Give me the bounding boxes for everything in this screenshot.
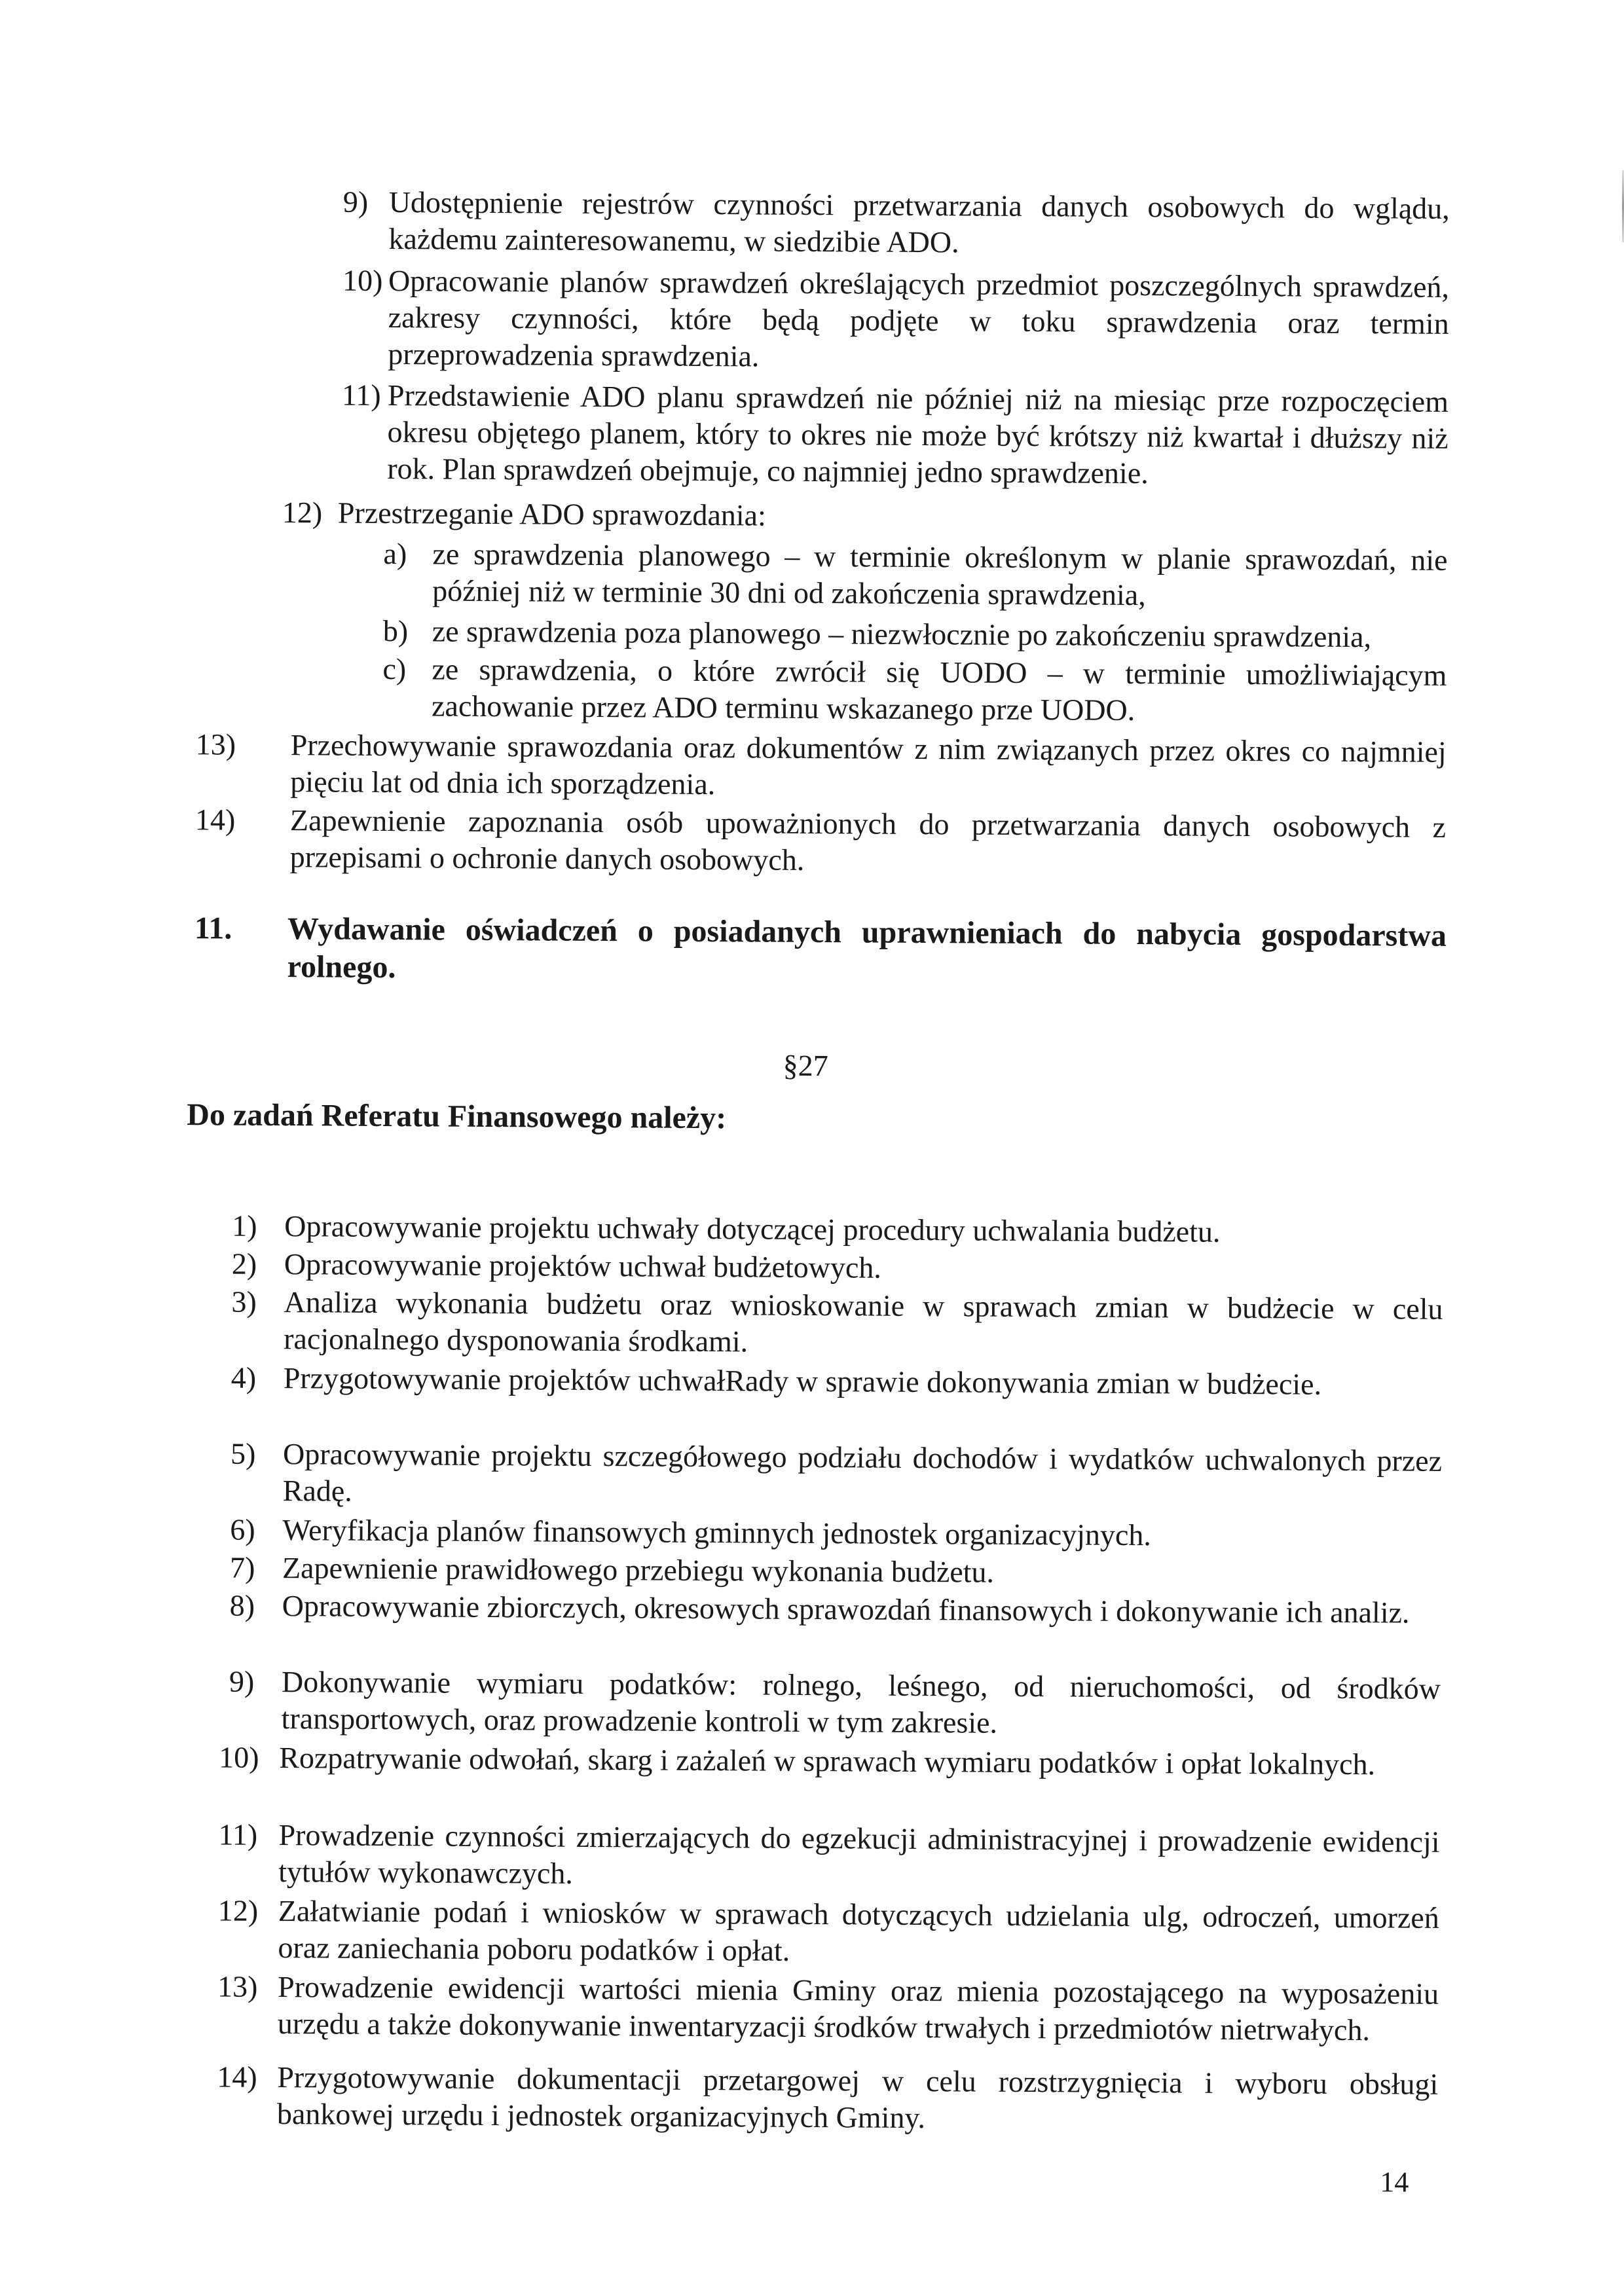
list-item: Przechowywanie sprawozdania oraz dokumen…	[290, 727, 1447, 807]
list-item: Załatwianie podań i wniosków w sprawach …	[278, 1893, 1439, 1973]
list-item: Przygotowywanie projektów uchwałRady w s…	[284, 1360, 1443, 1404]
list-number: 4)	[231, 1360, 257, 1396]
list-number: 9)	[229, 1664, 255, 1700]
point-heading: Wydawanie oświadczeń o posiadanych upraw…	[287, 910, 1447, 993]
sub-list-item: ze sprawdzenia poza planowego – niezwłoc…	[432, 613, 1447, 655]
list-item: Opracowywanie projektu uchwały dotyczące…	[284, 1208, 1443, 1252]
list-item: Prowadzenie czynności zmierzających do e…	[278, 1817, 1440, 1897]
document-page: 9) Udostępnienie rejestrów czynności prz…	[0, 0, 1624, 2296]
list-item: Opracowanie planów sprawdzeń określający…	[388, 263, 1449, 379]
page-number: 14	[1380, 2164, 1409, 2200]
list-number: 7)	[230, 1550, 255, 1586]
list-number: 13)	[217, 1968, 258, 2005]
list-number: 14)	[195, 801, 236, 838]
list-item: Przygotowywanie dokumentacji przetargowe…	[277, 2059, 1439, 2140]
list-item: Zapewnienie prawidłowego przebiegu wykon…	[282, 1550, 1441, 1594]
list-item: Prowadzenie ewidencji wartości mienia Gm…	[278, 1969, 1439, 2049]
list-number: 6)	[230, 1512, 255, 1548]
list-number: 12)	[282, 494, 323, 531]
list-item: Weryfikacja planów finansowych gminnych …	[282, 1512, 1441, 1556]
list-number: 14)	[217, 2058, 257, 2095]
list-item: Zapewnienie zapoznania osób upoważnionyc…	[290, 802, 1447, 883]
sub-list-item: ze sprawdzenia planowego – w terminie ok…	[432, 536, 1448, 615]
section-heading: Do zadań Referatu Finansowego należy:	[187, 1096, 726, 1137]
sub-list-letter: b)	[383, 613, 409, 649]
list-number: 11)	[342, 377, 381, 414]
list-item: Analiza wykonania budżetu oraz wnioskowa…	[284, 1284, 1443, 1364]
list-item: Rozpatrywanie odwołań, skarg i zażaleń w…	[279, 1740, 1440, 1783]
list-number: 11)	[218, 1816, 257, 1853]
sub-list-item: ze sprawdzenia, o które zwrócił się UODO…	[432, 651, 1447, 730]
sub-list-letter: a)	[383, 536, 407, 572]
list-item: Udostępnienie rejestrów czynności przetw…	[388, 184, 1450, 264]
paragraph-sign: §27	[783, 1048, 828, 1084]
list-number: 10)	[342, 263, 383, 299]
list-number: 13)	[196, 726, 236, 763]
list-number: 8)	[230, 1588, 255, 1624]
list-number: 12)	[218, 1892, 259, 1929]
list-number: 3)	[231, 1284, 257, 1321]
point-number: 11.	[194, 909, 232, 947]
list-item: Przestrzeganie ADO sprawozdania:	[338, 495, 1451, 538]
list-number: 1)	[232, 1208, 257, 1245]
list-item: Dokonywanie wymiaru podatków: rolnego, l…	[281, 1664, 1441, 1744]
list-number: 9)	[343, 184, 369, 221]
list-item: Opracowywanie zbiorczych, okresowych spr…	[282, 1588, 1441, 1631]
sub-list-letter: c)	[382, 651, 406, 687]
list-item: Opracowywanie projektów uchwał budżetowy…	[284, 1246, 1443, 1290]
list-item: Opracowywanie projektu szczegółowego pod…	[283, 1436, 1443, 1516]
list-number: 10)	[219, 1739, 259, 1776]
list-item: Przedstawienie ADO planu sprawdzeń nie p…	[387, 377, 1449, 494]
list-number: 2)	[232, 1246, 257, 1283]
list-number: 5)	[231, 1436, 256, 1472]
